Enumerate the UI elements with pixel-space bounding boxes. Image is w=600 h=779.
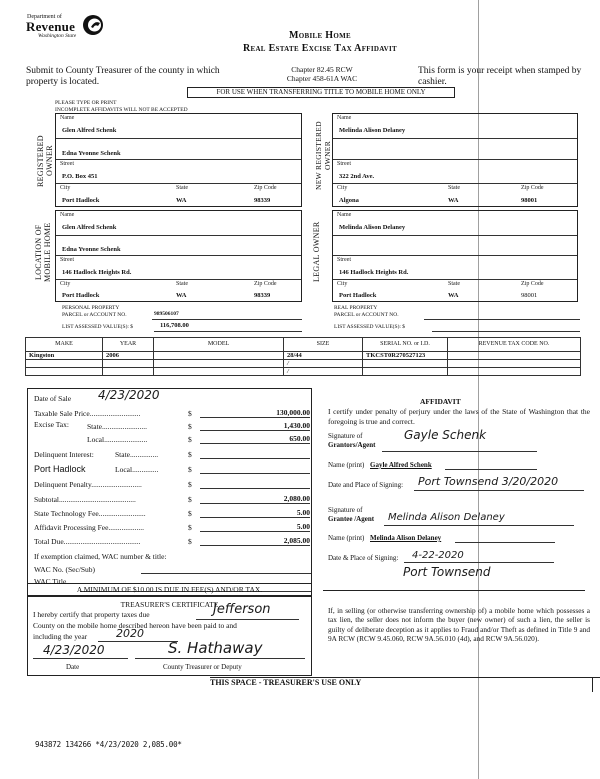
cell-year[interactable] [103,360,154,368]
cell-serial[interactable]: TKCST0R270527123 [363,352,448,360]
new-owner-city[interactable]: Algona [339,197,359,204]
affidavit-title: AFFIDAVIT [420,397,461,406]
location-name1[interactable]: Glen Alfred Schenk [62,224,116,231]
excise-state-amount[interactable]: 1,430.00 [200,421,310,431]
form-title-line2: Real Estate Excise Tax Affidavit [195,43,445,54]
cell-serial[interactable] [363,360,448,368]
legal-owner-section-label: LEGAL OWNER [312,220,321,284]
wac-no-field[interactable] [141,565,311,574]
state-label: State [448,281,460,287]
county-handwritten: Jefferson [213,602,271,617]
grantor-date-place-label: Date and Place of Signing: [328,481,403,489]
treasurer-signature: S. Hathaway [168,639,262,657]
col-year: YEAR [103,338,154,352]
name-label: Name [337,212,351,218]
cell-tax-code[interactable] [448,368,581,376]
col-serial: SERIAL NO. or I.D. [363,338,448,352]
taxable-sale-price-label: Taxable Sale Price......................… [34,409,140,418]
revenue-logo-icon [82,14,104,36]
state-label: State [448,185,460,191]
street-label: Street [60,257,74,263]
location-state[interactable]: WA [176,292,186,299]
submit-instructions: Submit to County Treasurer of the county… [26,66,226,88]
delinquent-state-amount[interactable] [200,449,310,459]
affidavit-certify-text: I certify under penalty of perjury under… [328,407,590,426]
cell-year[interactable] [103,368,154,376]
tax-lien-notice: If, in selling (or otherwise transferrin… [328,606,590,643]
cell-tax-code[interactable] [448,360,581,368]
cell-size[interactable]: 28/44 [284,352,363,360]
new-owner-state[interactable]: WA [448,197,458,204]
street-label: Street [60,161,74,167]
cashier-receipt-stamp: 943872 134266 *4/23/2020 2,085.00* [35,740,182,749]
grantor-name[interactable]: Gayle Alfred Schenk [370,461,432,469]
city-label: City [60,281,70,287]
affidavit-divider [323,590,585,591]
grantee-date: 4-22-2020 [412,550,464,561]
delinquent-local-amount[interactable] [200,464,310,474]
city-label: City [337,281,347,287]
cell-model[interactable] [154,352,284,360]
name-label: Name [60,212,74,218]
zip-label: Zip Code [521,281,544,287]
chapter-wac: Chapter 458-61A WAC [262,75,382,84]
legal-owner-name1[interactable]: Melinda Alison Delaney [339,224,405,231]
chapter-references: Chapter 82.45 RCW Chapter 458-61A WAC [262,66,382,83]
cell-size[interactable]: / [284,368,363,376]
grantee-signature-label: Signature of Grantee /Agent [328,506,374,523]
cell-serial[interactable] [363,368,448,376]
year-handwritten: 2020 [116,627,144,640]
for-use-banner: FOR USE WHEN TRANSFERRING TITLE TO MOBIL… [187,87,455,98]
personal-assessed-value[interactable]: 116,708.00 [160,322,189,329]
grantee-name-label: Name (print) [328,534,364,542]
total-due-amount[interactable]: 2,085.00 [200,536,310,546]
legal-owner-box: Name Melinda Alison Delaney Street 146 H… [332,210,578,302]
real-property-label: REAL PROPERTY PARCEL or ACCOUNT NO. [334,305,399,318]
cell-model[interactable] [154,368,284,376]
personal-property-label: PERSONAL PROPERTY PARCEL or ACCOUNT NO. [62,305,127,318]
location-zip[interactable]: 98339 [254,292,270,299]
registered-owner-box: Name Glen Alfred Schenk Edna Yvonne Sche… [55,113,302,207]
personal-assessed-label: LIST ASSESSED VALUE(S): $ [62,324,133,331]
col-model: MODEL [154,338,284,352]
new-registered-owner-section-label: NEW REGISTERED OWNER [314,118,332,194]
tax-calculation-box: Date of Sale 4/23/2020 Taxable Sale Pric… [27,388,312,584]
col-size: SIZE [284,338,363,352]
new-owner-name1[interactable]: Melinda Alison Delaney [339,127,405,134]
minimum-due-note: A MINIMUM OF $10.00 IS DUE IN FEE(S) AND… [27,584,312,596]
registered-owner-zip[interactable]: 98339 [254,197,270,204]
state-label: State [176,281,188,287]
new-registered-owner-box: Name Melinda Alison Delaney Street 322 2… [332,113,578,207]
grantor-name-label: Name (print) [328,461,364,469]
please-type-note: PLEASE TYPE OR PRINT INCOMPLETE AFFIDAVI… [55,100,188,113]
taxable-sale-price-amount[interactable]: 130,000.00 [200,408,310,418]
name-label: Name [337,115,351,121]
street-label: Street [337,257,351,263]
cell-model[interactable] [154,360,284,368]
registered-owner-state[interactable]: WA [176,197,186,204]
affidavit-processing-fee-label: Affidavit Processing Fee................… [34,523,144,532]
cell-make[interactable] [26,368,103,376]
form-title-line1: Mobile Home [240,30,400,41]
delinquent-interest-label: Delinquent Interest: [34,450,94,459]
exemption-label: If exemption claimed, WAC number & title… [34,552,167,561]
grantor-signature: Gayle Schenk [404,428,486,442]
cell-size[interactable]: / [284,360,363,368]
new-owner-street[interactable]: 322 2nd Ave. [339,173,374,180]
treasurer-use-only-label: THIS SPACE - TREASURER'S USE ONLY [210,678,361,687]
table-row: Kingston 2006 28/44 TKCST0R270527123 [26,352,581,360]
zip-label: Zip Code [254,281,277,287]
grantee-name[interactable]: Melinda Alison Delaney [370,534,441,542]
total-due-label: Total Due...............................… [34,537,141,546]
registered-owner-city[interactable]: Port Hadlock [62,197,99,204]
date-of-sale-value[interactable]: 4/23/2020 [98,388,160,402]
grantee-date-place-label: Date & Place of Signing: [328,554,398,562]
location-street[interactable]: 146 Hadlock Heights Rd. [62,269,131,276]
col-revenue-tax-code: REVENUE TAX CODE NO. [448,338,581,352]
new-owner-zip[interactable]: 98001 [521,197,537,204]
cell-make[interactable]: Kingston [26,352,103,360]
registered-owner-street[interactable]: P.O. Box 451 [62,173,98,180]
street-label: Street [337,161,351,167]
location-city[interactable]: Port Hadlock [62,292,99,299]
legal-owner-zip[interactable]: 98001 [521,292,537,299]
affidavit-processing-fee-amount[interactable]: 5.00 [200,522,310,532]
cell-year[interactable]: 2006 [103,352,154,360]
registered-owner-section-label: REGISTERED OWNER [36,128,54,194]
state-technology-fee-amount[interactable]: 5.00 [200,508,310,518]
treasurers-certificate-box: TREASURER'S CERTIFICATE I hereby certify… [27,596,312,676]
zip-label: Zip Code [521,185,544,191]
table-header-row: MAKE YEAR MODEL SIZE SERIAL NO. or I.D. … [26,338,581,352]
subtotal-label: Subtotal................................… [34,495,136,504]
logo-state-text: Washington State [38,33,76,39]
excise-local-label: Local....................... [87,435,147,444]
grantor-signature-label: Signature of Grantors/Agent [328,432,375,449]
grantee-place: Port Townsend [403,565,491,579]
table-row: / [26,368,581,376]
mobile-home-table: MAKE YEAR MODEL SIZE SERIAL NO. or I.D. … [25,337,581,376]
cell-tax-code[interactable] [448,352,581,360]
table-row: / [26,360,581,368]
receipt-note: This form is your receipt when stamped b… [418,66,593,88]
legal-owner-city[interactable]: Port Hadlock [339,292,376,299]
delinquent-penalty-amount[interactable] [200,479,310,489]
registered-owner-name1[interactable]: Glen Alfred Schenk [62,127,116,134]
state-label: State [176,185,188,191]
state-technology-fee-label: State Technology Fee....................… [34,509,146,518]
treasurer-date-handwritten: 4/23/2020 [43,643,105,657]
date-of-sale-label: Date of Sale [34,394,71,403]
excise-local-amount[interactable]: 650.00 [200,434,310,444]
subtotal-amount[interactable]: 2,080.00 [200,494,310,504]
treasurer-date-label: Date [66,663,79,671]
legal-owner-state[interactable]: WA [448,292,458,299]
delinquent-penalty-label: Delinquent Penalty......................… [34,480,142,489]
cell-make[interactable] [26,360,103,368]
location-box: Name Glen Alfred Schenk Edna Yvonne Sche… [55,210,302,302]
county-name: Port Hadlock [34,464,86,474]
treasurer-signature-label: County Treasurer or Deputy [163,663,242,671]
delinquent-state-label: State............... [115,450,158,459]
col-make: MAKE [26,338,103,352]
real-assessed-label: LIST ASSESSED VALUE(S): $ [334,324,405,331]
delinquent-local-label: Local.............. [115,465,158,474]
city-label: City [337,185,347,191]
grantee-signature: Melinda Alison Delaney [388,512,505,523]
real-assessed-field[interactable] [432,323,580,332]
zip-label: Zip Code [254,185,277,191]
name-label: Name [60,115,74,121]
grantor-date-place: Port Townsend 3/20/2020 [418,475,558,488]
real-parcel-field[interactable] [424,312,580,320]
excise-state-label: State........................ [87,422,147,431]
excise-tax-label: Excise Tax: [34,420,69,429]
wac-no-label: WAC No. (Sec/Sub) [34,565,95,574]
city-label: City [60,185,70,191]
registered-owner-name2[interactable]: Edna Yvonne Schenk [62,150,121,157]
location-section-label: LOCATION OF MOBILE HOME [34,210,54,294]
personal-parcel-number[interactable]: 989506107 [154,311,179,317]
location-name2[interactable]: Edna Yvonne Schenk [62,246,121,253]
legal-owner-street[interactable]: 146 Hadlock Heights Rd. [339,269,408,276]
treasurer-line1: I hereby certify that property taxes due [33,610,150,619]
treasurer-line3: including the year [33,632,87,641]
